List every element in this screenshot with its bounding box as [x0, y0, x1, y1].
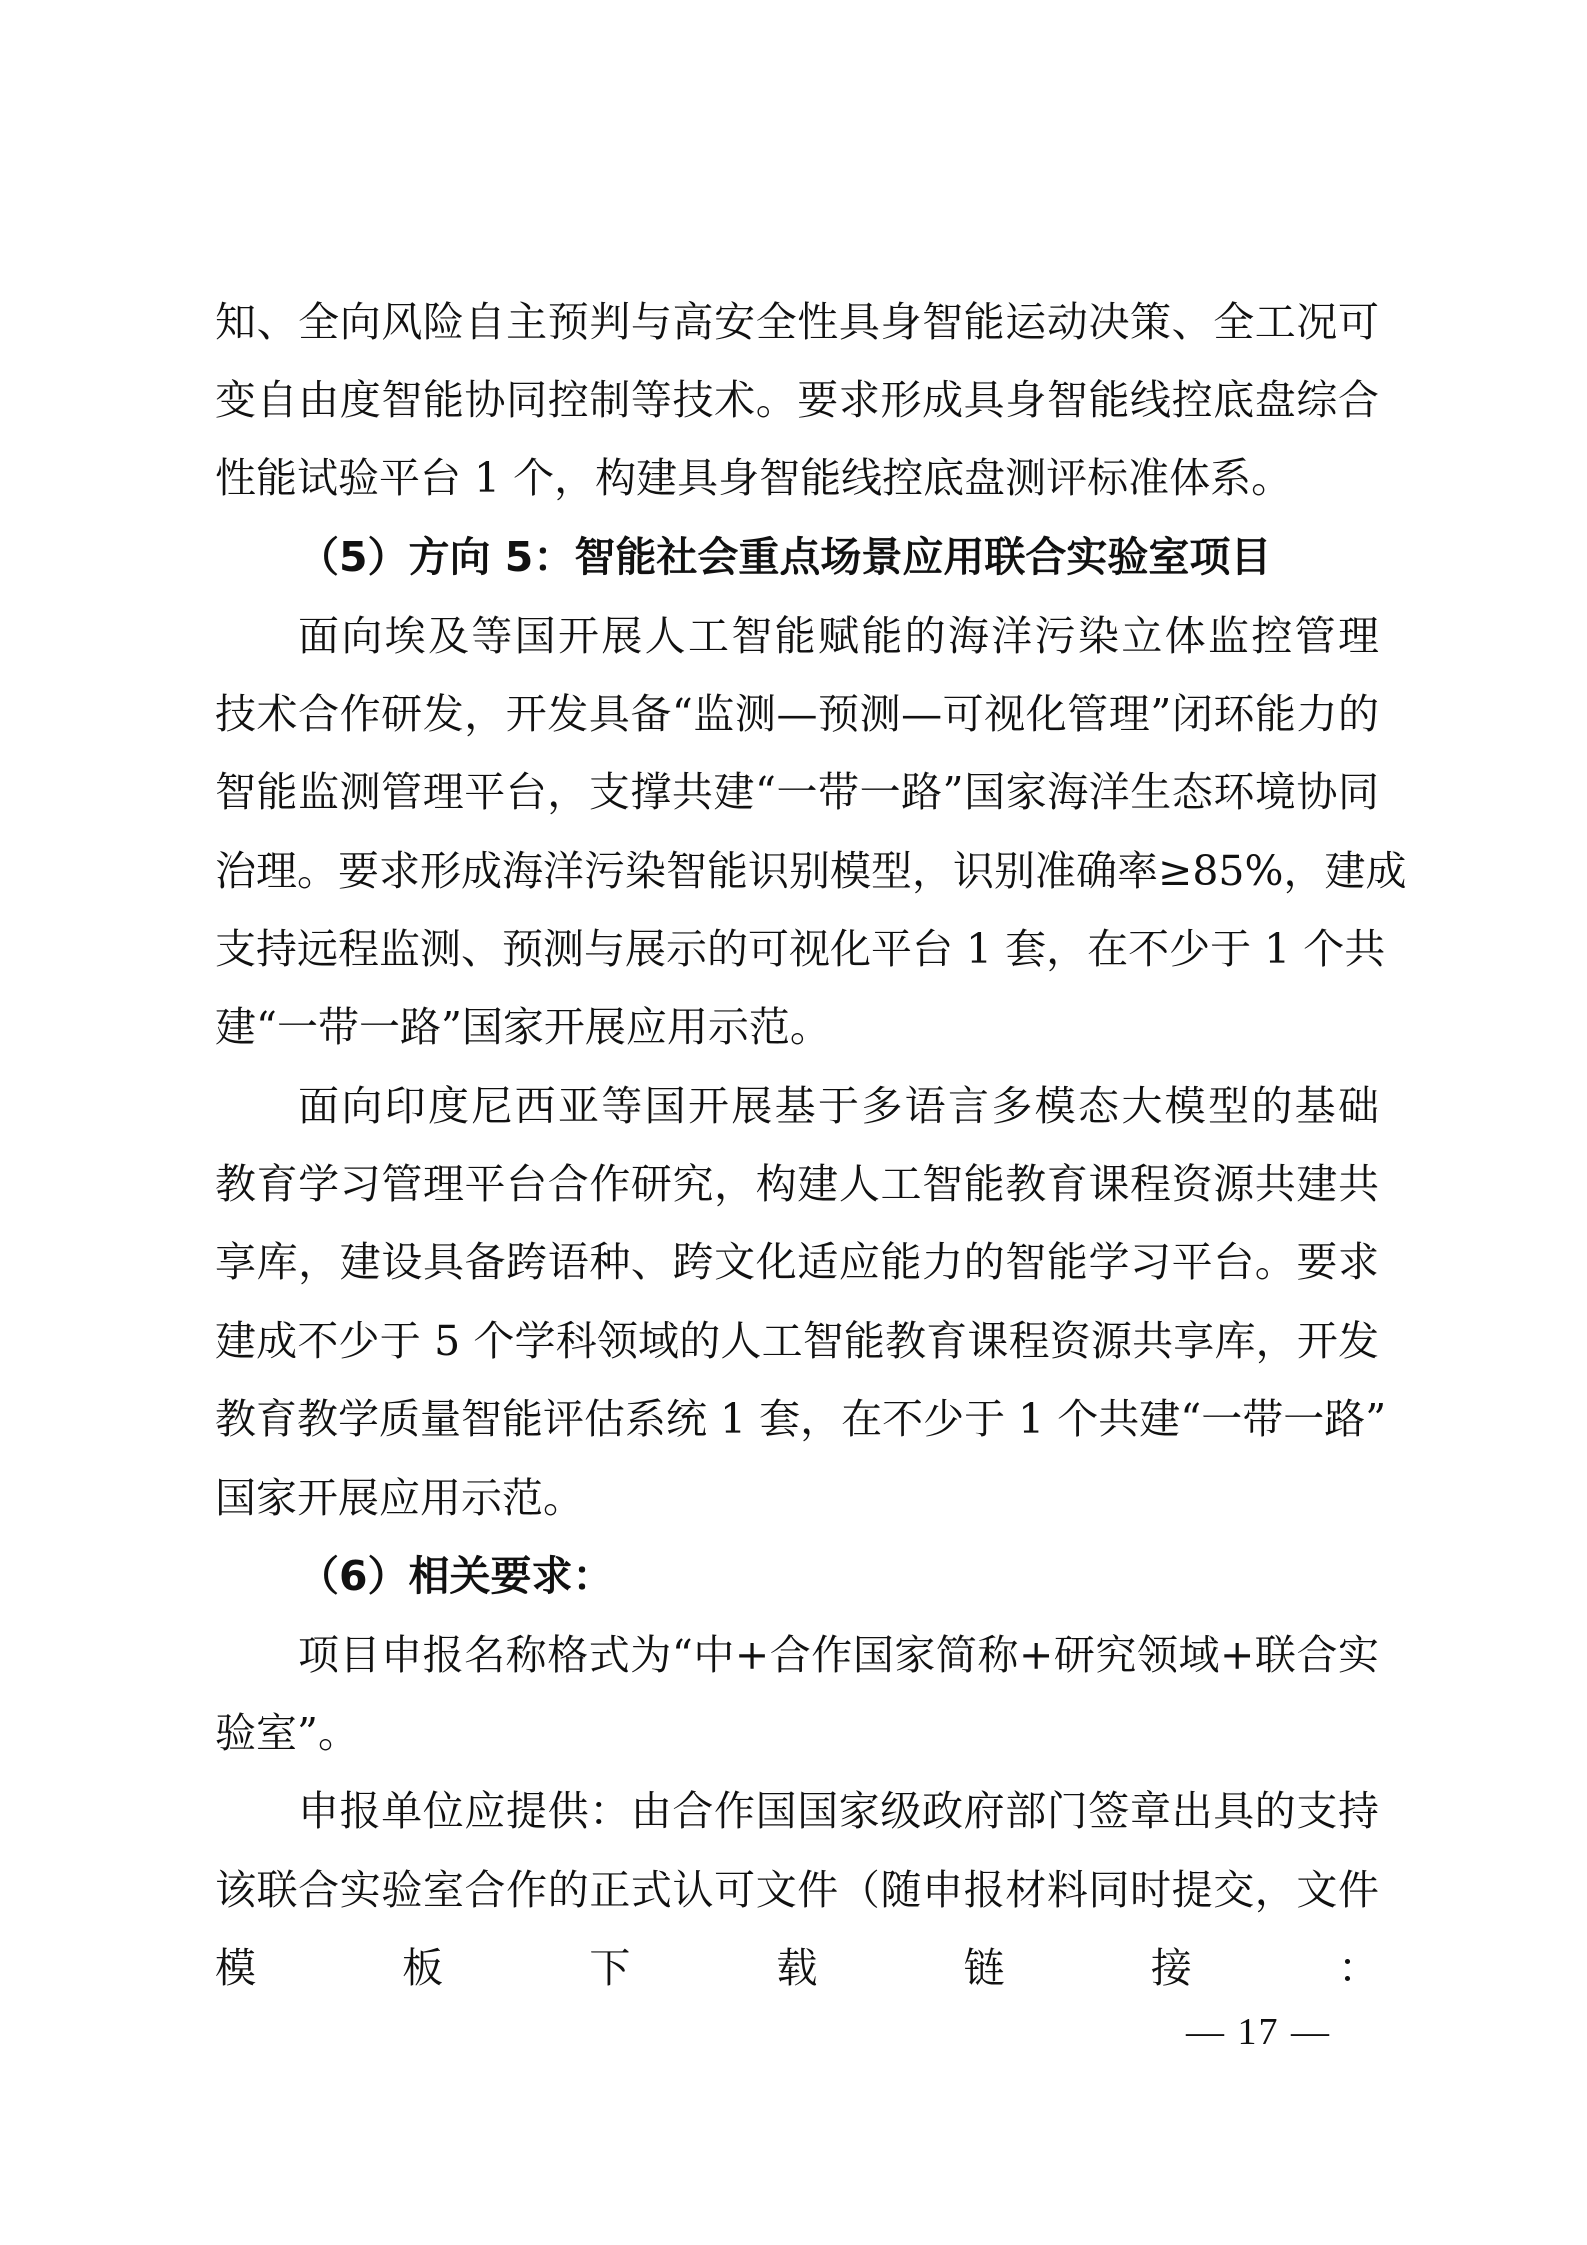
body-line: 享库，建设具备跨语种、跨文化适应能力的智能学习平台。要求: [215, 1232, 1379, 1292]
document-page: 知、全向风险自主预判与高安全性具身智能运动决策、全工况可 变自由度智能协同控制等…: [0, 0, 1587, 2245]
body-line: 支持远程监测、预测与展示的可视化平台 1 套，在不少于 1 个共: [215, 919, 1379, 979]
paragraph-first-line: 面向埃及等国开展人工智能赋能的海洋污染立体监控管理: [298, 606, 1379, 666]
body-line: 国家开展应用示范。: [215, 1468, 1379, 1528]
body-line: 知、全向风险自主预判与高安全性具身智能运动决策、全工况可: [215, 292, 1379, 352]
body-line: 治理。要求形成海洋污染智能识别模型，识别准确率≥85%，建成: [215, 841, 1379, 901]
body-line: 技术合作研发，开发具备“监测—预测—可视化管理”闭环能力的: [215, 684, 1379, 744]
paragraph-first-line: 申报单位应提供：由合作国国家级政府部门签章出具的支持: [298, 1781, 1379, 1841]
paragraph-first-line: 面向印度尼西亚等国开展基于多语言多模态大模型的基础: [298, 1076, 1379, 1136]
body-line: 智能监测管理平台，支撑共建“一带一路”国家海洋生态环境协同: [215, 762, 1379, 822]
body-line: 性能试验平台 1 个，构建具身智能线控底盘测评标准体系。: [215, 448, 1379, 508]
body-line: 验室”。: [215, 1703, 1379, 1763]
body-line: 建“一带一路”国家开展应用示范。: [215, 997, 1379, 1057]
body-line: 建成不少于 5 个学科领域的人工智能教育课程资源共享库，开发: [215, 1311, 1379, 1371]
body-line-template-download-link: 模 板 下 载 链 接 ：: [215, 1938, 1379, 1998]
page-number: — 17 —: [1186, 2010, 1331, 2054]
paragraph-first-line: 项目申报名称格式为“中+合作国家简称+研究领域+联合实: [298, 1625, 1379, 1685]
section-heading-direction-5: （5）方向 5：智能社会重点场景应用联合实验室项目: [298, 527, 1271, 587]
section-heading-requirements: （6）相关要求：: [298, 1546, 614, 1606]
body-line: 教育教学质量智能评估系统 1 套，在不少于 1 个共建“一带一路”: [215, 1389, 1379, 1449]
body-line: 变自由度智能协同控制等技术。要求形成具身智能线控底盘综合: [215, 370, 1379, 430]
body-line: 教育学习管理平台合作研究，构建人工智能教育课程资源共建共: [215, 1154, 1379, 1214]
body-line: 该联合实验室合作的正式认可文件（随申报材料同时提交，文件: [215, 1860, 1379, 1920]
